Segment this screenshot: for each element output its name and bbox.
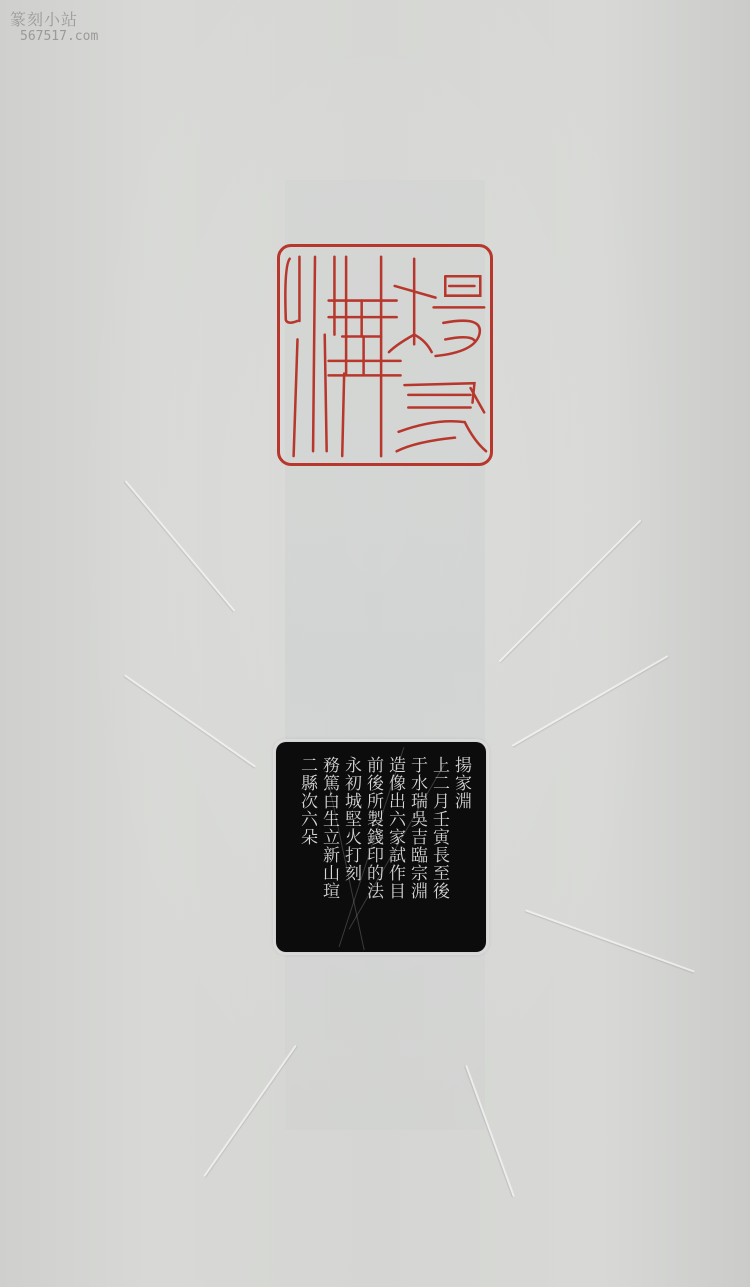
inscription-column: 二縣次六朵	[296, 756, 318, 938]
ink-rubbing-inscription: 揚家淵 上二月壬寅長至後 于水瑞吳吉臨宗淵 造像出六家試作目 前後所製錢印的法 …	[276, 742, 486, 952]
inscription-column: 前後所製錢印的法	[362, 756, 384, 938]
watermark-site-url: 567517.com	[10, 29, 98, 45]
inscription-text: 揚家淵 上二月壬寅長至後 于水瑞吳吉臨宗淵 造像出六家試作目 前後所製錢印的法 …	[296, 756, 472, 938]
inscription-column: 永初城堅火打刻	[340, 756, 362, 938]
red-seal-impression	[277, 244, 493, 466]
inscription-column: 于水瑞吳吉臨宗淵	[406, 756, 428, 938]
inscription-column: 務篤白生立新山瑄	[318, 756, 340, 938]
inscription-column: 上二月壬寅長至後	[428, 756, 450, 938]
watermark: 篆刻小站 567517.com	[10, 10, 98, 45]
seal-characters-icon	[280, 247, 490, 463]
inscription-column: 造像出六家試作目	[384, 756, 406, 938]
inscription-column: 揚家淵	[450, 756, 472, 938]
watermark-site-name: 篆刻小站	[10, 10, 98, 29]
